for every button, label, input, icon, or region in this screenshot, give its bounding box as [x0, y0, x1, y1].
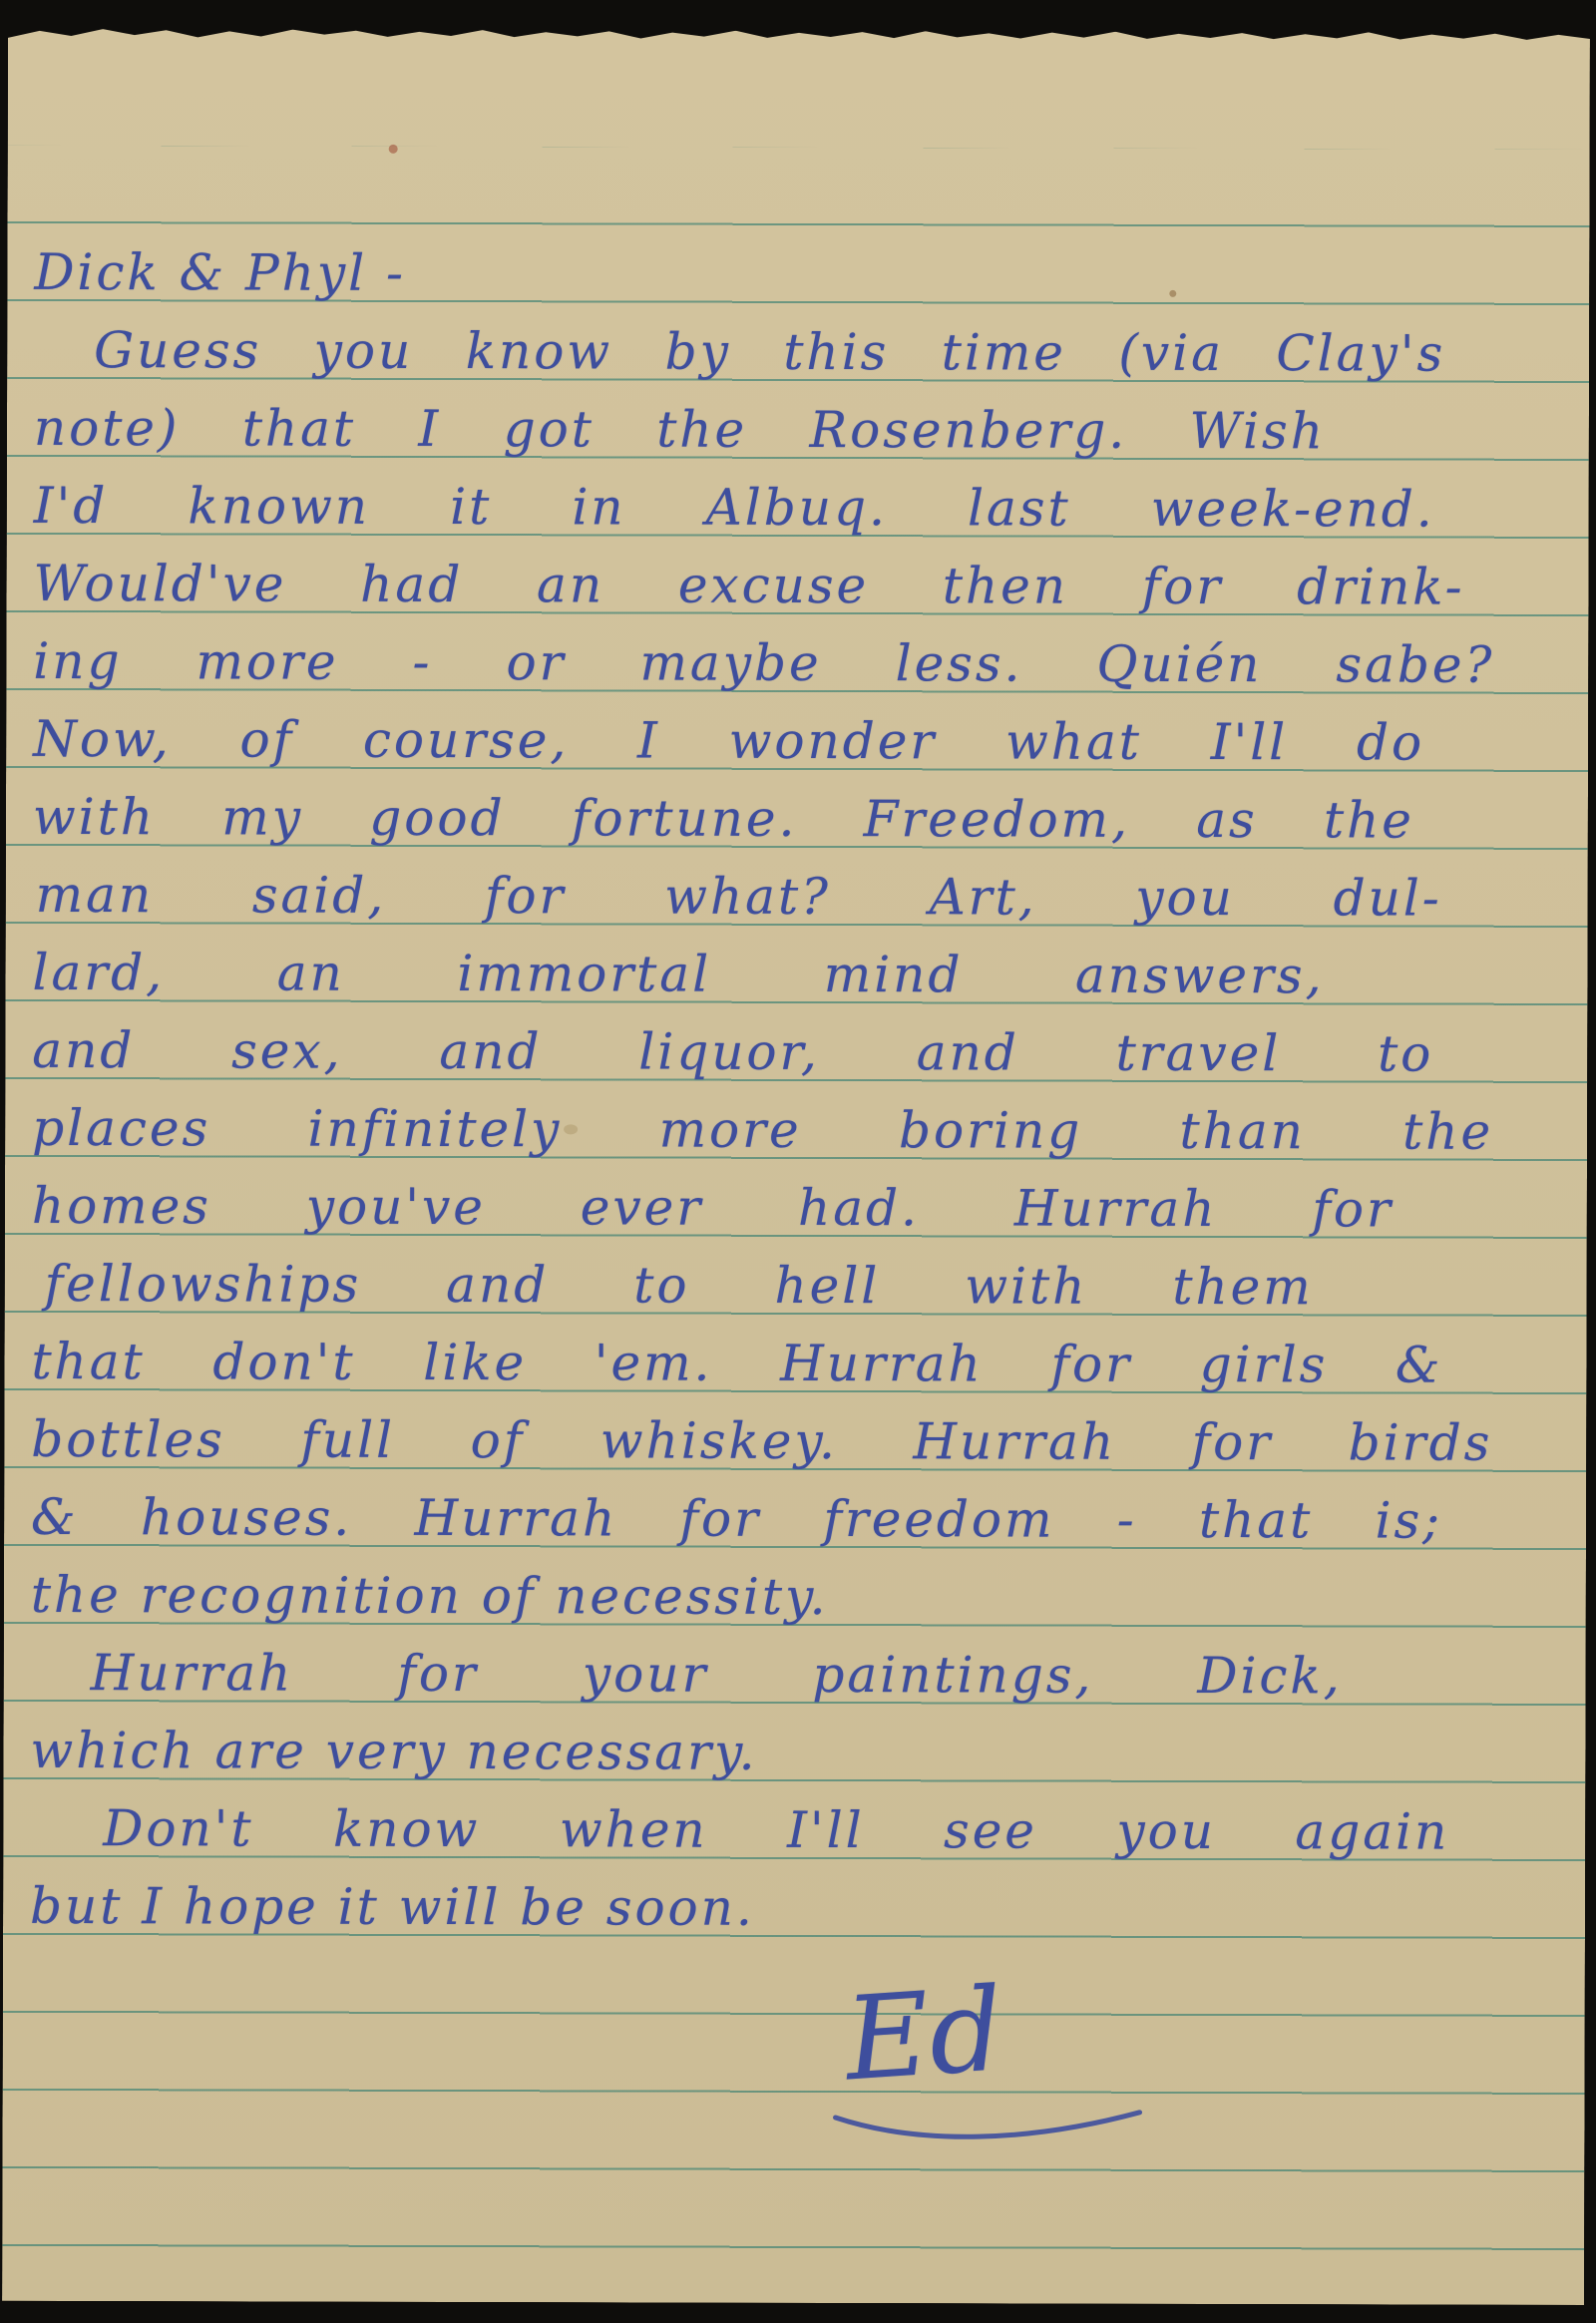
letter-line: man said, for what? Art, you dul-: [36, 866, 1442, 928]
letter-line: with my good fortune. Freedom, as the: [33, 788, 1414, 850]
letter-line: Would've had an excuse then for drink-: [33, 555, 1464, 616]
letter-line: Now, of course, I wonder what I'll do: [33, 710, 1424, 772]
letter-paper: Dick & Phyl - Guess you know by this tim…: [2, 26, 1590, 2305]
letter-line: ing more - or maybe less. Quién sabe?: [33, 632, 1494, 694]
signature-flourish: [830, 2098, 1149, 2148]
letter-line: the recognition of necessity.: [31, 1566, 829, 1626]
letter-line: places infinitely more boring than the: [32, 1099, 1493, 1161]
letter-line: Don't know when I'll see you again: [103, 1799, 1449, 1861]
letter-line: homes you've ever had. Hurrah for: [32, 1177, 1394, 1239]
letter-line: fellowships and to hell with them: [45, 1255, 1314, 1316]
letter-line: & houses. Hurrah for freedom - that is;: [31, 1488, 1442, 1550]
salutation: Dick & Phyl -: [34, 243, 406, 302]
letter-line: which are very necessary.: [30, 1722, 757, 1781]
letter-line: but I hope it will be soon.: [30, 1877, 755, 1937]
letter-line: bottles full of whiskey. Hurrah for bird…: [31, 1410, 1492, 1472]
scanned-letter-page: { "letter": { "salutation": "Dick & Phyl…: [0, 0, 1596, 2323]
letter-line: note) that I got the Rosenberg. Wish: [34, 399, 1326, 460]
letter-line: Guess you know by this time (via Clay's: [94, 321, 1445, 383]
letter-line: I'd known it in Albuq. last week-end.: [34, 477, 1435, 539]
letter-line: Hurrah for your paintings, Dick,: [91, 1644, 1343, 1705]
letter-line: lard, an immortal mind answers,: [32, 944, 1324, 1004]
paper-stain: [1169, 290, 1176, 297]
letter-line: and sex, and liquor, and travel to: [32, 1021, 1433, 1083]
letter-line: that don't like 'em. Hurrah for girls &: [31, 1333, 1442, 1394]
paper-stain: [389, 145, 398, 154]
signature: Ed: [841, 1963, 1006, 2107]
